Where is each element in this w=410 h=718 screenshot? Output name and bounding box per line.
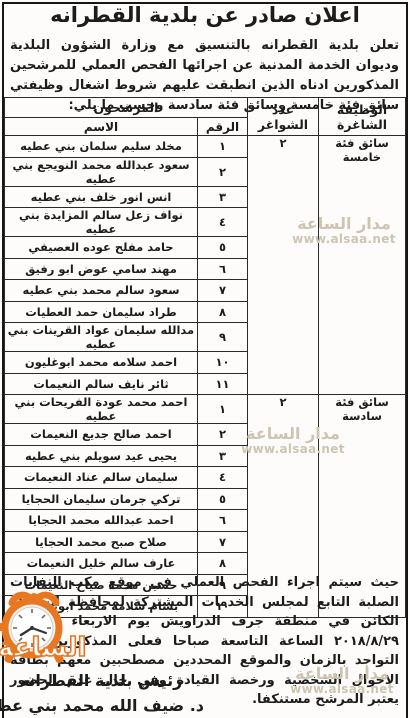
candidate-row: سائق فئة سادسة ٢ ١ احمد محمد عودة الفريح…: [5, 395, 406, 424]
candidate-name-cell: سليمان سالم عناد النعيمات: [5, 467, 198, 489]
candidate-number-cell: ١: [198, 136, 248, 158]
header-vacant-position: الوظيفة الشاغرة: [319, 98, 406, 136]
candidate-number-cell: ٧: [198, 531, 248, 553]
candidate-name-cell: ثائر نايف سالم النعيمات: [5, 373, 198, 395]
candidate-name-cell: مهند سامي عوض ابو رفيق: [5, 258, 198, 280]
signature-title: رئيس بلدية القطرانه: [16, 671, 186, 690]
candidate-name-cell: مدالله سليمان عواد القرينات بني عطيه: [5, 323, 198, 352]
candidate-name-cell: تركي جرمان سليمان الحجايا: [5, 488, 198, 510]
candidate-number-cell: ٥: [198, 488, 248, 510]
candidate-name-cell: سعود عبدالله محمد النويجع بني عطيه: [5, 157, 198, 186]
candidate-number-cell: ٣: [198, 186, 248, 208]
table-header-row: الوظيفة الشاغرة عدد الشواغر المرشحون: [5, 98, 406, 118]
vacancy-count-cell: ٢: [248, 136, 319, 395]
candidate-name-cell: سعود سالم محمد بني عطيه: [5, 280, 198, 302]
announcement-page: { "page": { "title": "اعلان صادر عن بلدي…: [0, 0, 410, 718]
candidate-number-cell: ٨: [198, 301, 248, 323]
candidate-number-cell: ٤: [198, 467, 248, 489]
candidate-number-cell: ٢: [198, 157, 248, 186]
candidate-row: سائق فئة خامسة ٢ ١ مخلد سليم سلمان بني ع…: [5, 136, 406, 158]
candidate-name-cell: صلاح صبح محمد الحجايا: [5, 531, 198, 553]
candidate-number-cell: ٤: [198, 208, 248, 237]
candidate-number-cell: ١: [198, 395, 248, 424]
candidate-number-cell: ١١: [198, 373, 248, 395]
candidate-name-cell: انس انور خلف بني عطيه: [5, 186, 198, 208]
candidate-name-cell: احمد سلامه محمد ابوغليون: [5, 352, 198, 374]
candidate-name-cell: مخلد سليم سلمان بني عطيه: [5, 136, 198, 158]
candidate-name-cell: طراد سليمان حمد العطيات: [5, 301, 198, 323]
candidate-number-cell: ٥: [198, 237, 248, 259]
candidate-name-cell: عارف سالم خليل النعيمات: [5, 553, 198, 575]
candidate-name-cell: يحيى عيد سويلم بني عطيه: [5, 445, 198, 467]
position-cell: سائق فئة خامسة: [319, 136, 406, 395]
candidate-number-cell: ١٠: [198, 352, 248, 374]
candidate-number-cell: ٦: [198, 510, 248, 532]
candidate-name-cell: احمد عبدالله محمد الحجايا: [5, 510, 198, 532]
candidate-number-cell: ٨: [198, 553, 248, 575]
candidate-number-cell: ٢: [198, 424, 248, 446]
signature-name: د. ضيف الله محمد بني عطيه: [4, 696, 204, 715]
candidate-name-cell: نواف زعل سالم المزايدة بني عطيه: [5, 208, 198, 237]
vacancies-table: الوظيفة الشاغرة عدد الشواغر المرشحون الر…: [4, 97, 406, 618]
candidate-number-cell: ٣: [198, 445, 248, 467]
candidate-name-cell: احمد صالح جديع النعيمات: [5, 424, 198, 446]
candidate-name-cell: احمد محمد عودة الفريحات بني عطيه: [5, 395, 198, 424]
header-candidates: المرشحون: [5, 98, 248, 118]
candidate-number-cell: ٦: [198, 258, 248, 280]
candidate-name-cell: حامد مفلح عوده العصيفي: [5, 237, 198, 259]
header-number: الرقم: [198, 118, 248, 136]
header-name: الاسم: [5, 118, 198, 136]
candidate-number-cell: ٩: [198, 323, 248, 352]
header-vacancy-count: عدد الشواغر: [248, 98, 319, 136]
page-title: اعلان صادر عن بلدية القطرانه: [0, 3, 410, 27]
candidate-number-cell: ٧: [198, 280, 248, 302]
